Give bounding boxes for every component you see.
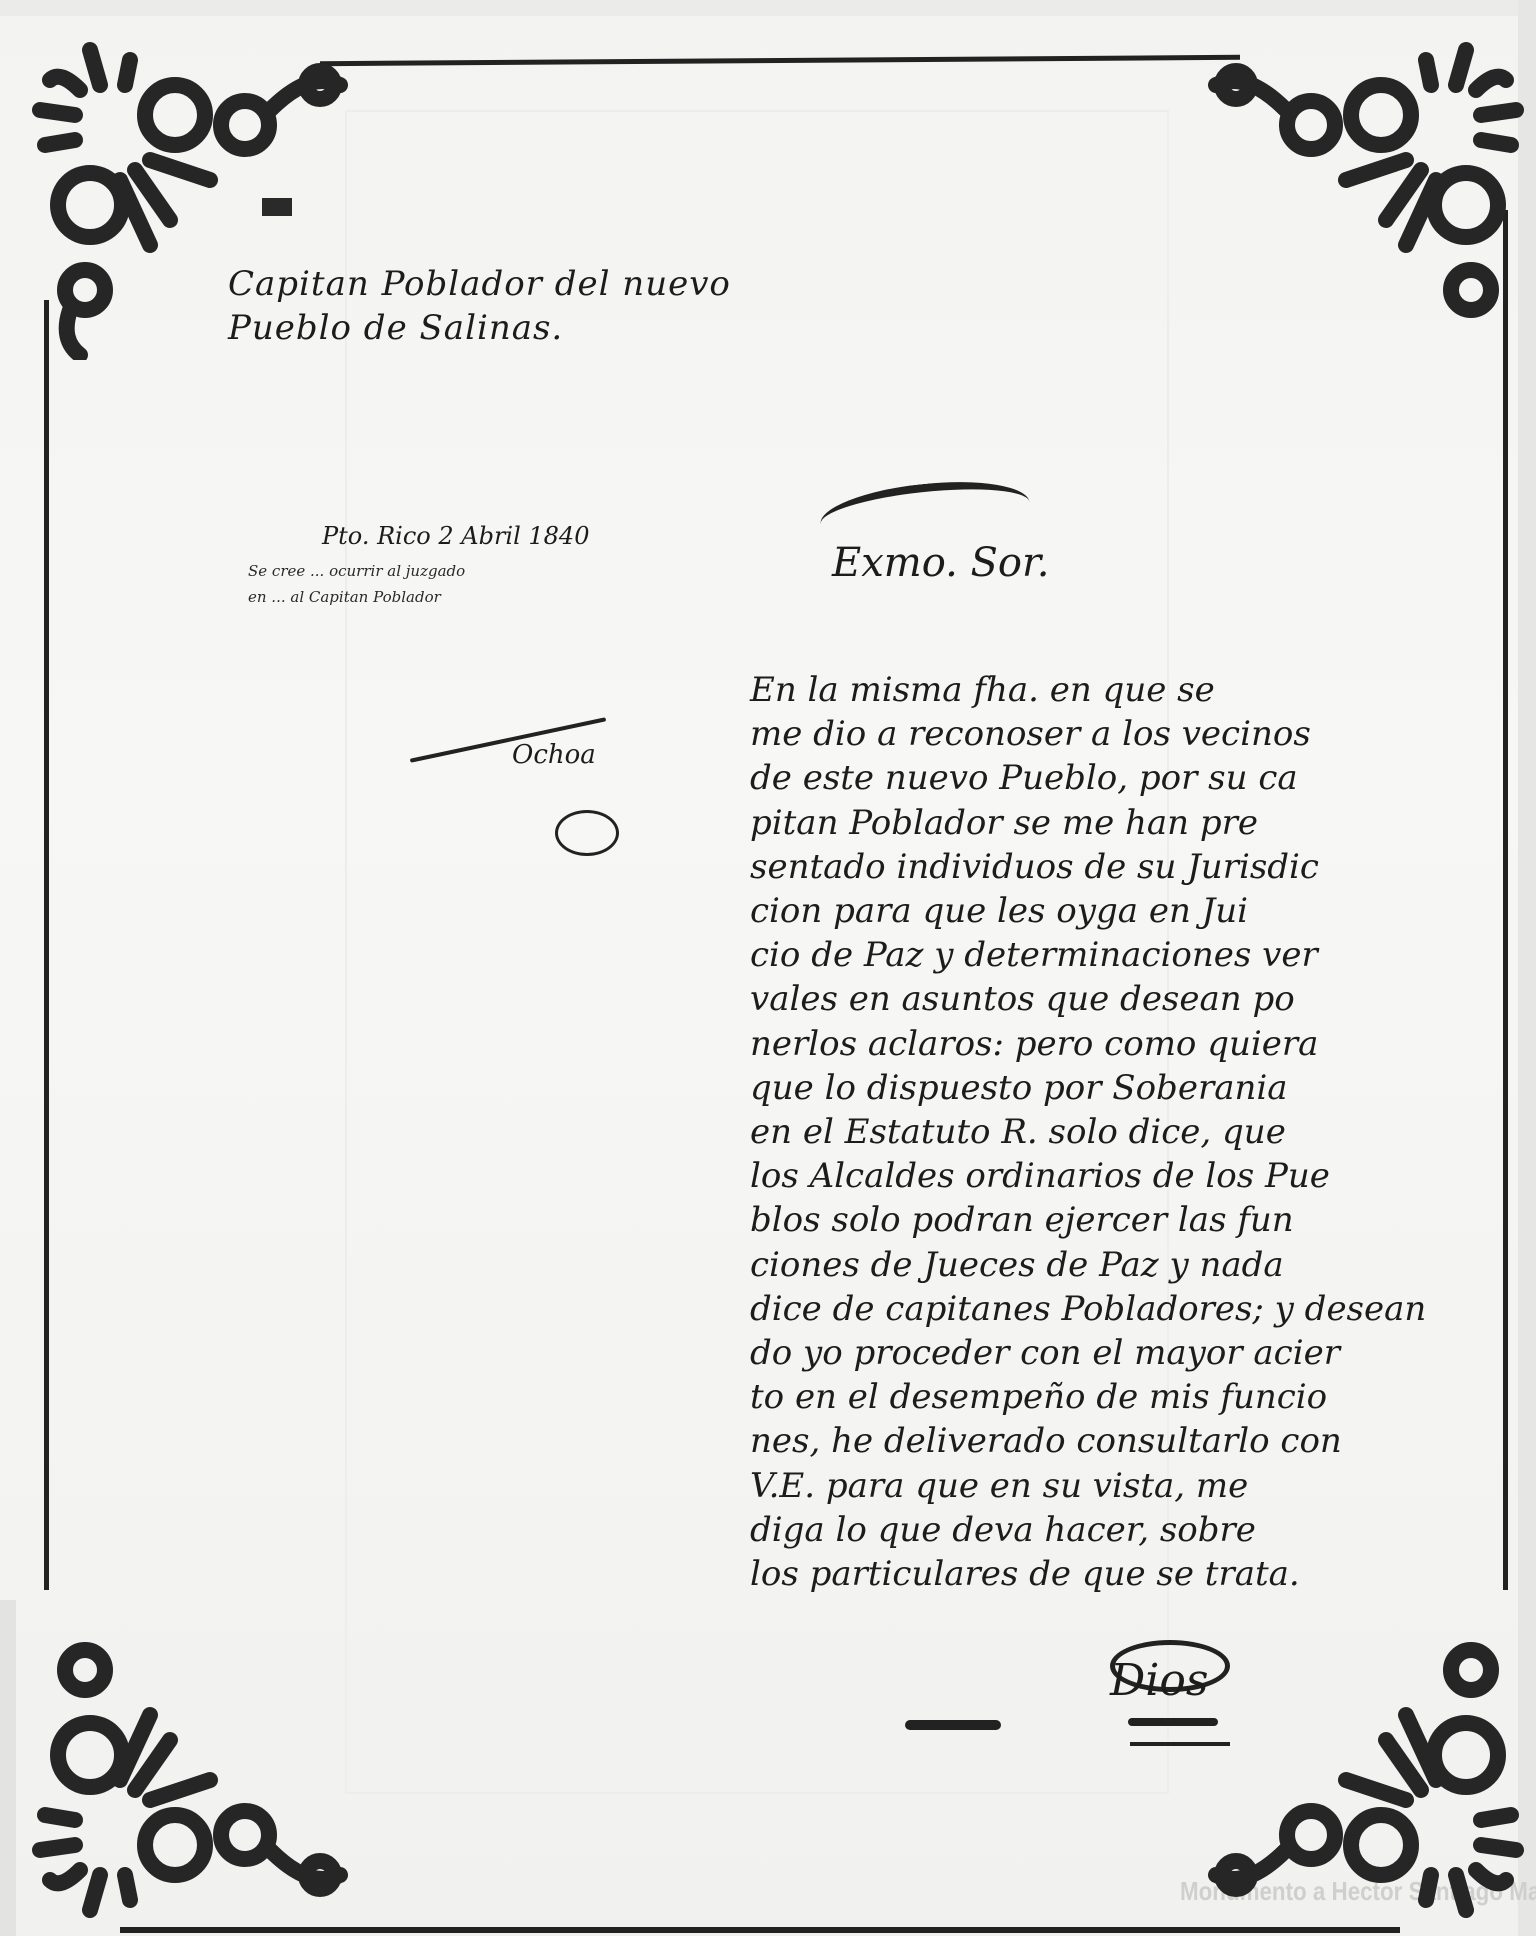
scroll-ornament-icon bbox=[1206, 1600, 1536, 1930]
body-line: que lo dispuesto por Soberania bbox=[750, 1066, 1290, 1110]
body-line: V.E. para que en su vista, me bbox=[750, 1464, 1290, 1508]
body-line: los particulares de que se trata. bbox=[750, 1552, 1290, 1596]
addressee-line-1: Capitan Poblador del nuevo bbox=[228, 264, 731, 304]
body-line: ciones de Jueces de Paz y nada bbox=[750, 1243, 1290, 1287]
body-line: me dio a reconoser a los vecinos bbox=[750, 712, 1290, 756]
pen-flourish bbox=[905, 1720, 1001, 1730]
body-line: de este nuevo Pueblo, por su ca bbox=[750, 756, 1290, 800]
corner-ornament-bottom-left-icon bbox=[20, 1600, 350, 1930]
margin-date: Pto. Rico 2 Abril 1840 bbox=[322, 522, 589, 550]
body-line: sentado individuos de su Jurisdic bbox=[750, 845, 1290, 889]
body-line: vales en asuntos que desean po bbox=[750, 977, 1290, 1021]
margin-note-line-1: Se cree ... ocurrir al juzgado bbox=[248, 562, 465, 580]
body-line: En la misma fha. en que se bbox=[750, 668, 1290, 712]
corner-ornament-bottom-right-icon bbox=[1206, 1600, 1536, 1930]
scroll-ornament-icon bbox=[20, 1600, 350, 1930]
body-line: los Alcaldes ordinarios de los Pue bbox=[750, 1154, 1290, 1198]
letter-body: En la misma fha. en que se me dio a reco… bbox=[750, 668, 1290, 1596]
addressee-line-2: Pueblo de Salinas. bbox=[228, 308, 563, 348]
body-line: nes, he deliverado consultarlo con bbox=[750, 1419, 1290, 1463]
rubric-flourish-icon bbox=[555, 810, 619, 856]
body-line: cio de Paz y determinaciones ver bbox=[750, 933, 1290, 977]
scan-edge-left bbox=[0, 1600, 16, 1936]
salutation: Exmo. Sor. bbox=[832, 540, 1049, 586]
margin-note-line-2: en ... al Capitan Poblador bbox=[248, 588, 441, 606]
pen-flourish bbox=[1130, 1742, 1230, 1746]
scroll-ornament-icon bbox=[1206, 30, 1536, 360]
body-line: en el Estatuto R. solo dice, que bbox=[750, 1110, 1290, 1154]
frame-line-right bbox=[1503, 210, 1508, 1590]
body-line: cion para que les oyga en Jui bbox=[750, 889, 1290, 933]
body-line: nerlos aclaros: pero como quiera bbox=[750, 1022, 1290, 1066]
ink-smudge bbox=[262, 198, 292, 216]
body-line: do yo proceder con el mayor acier bbox=[750, 1331, 1290, 1375]
margin-signature: Ochoa bbox=[512, 740, 596, 770]
body-line: pitan Poblador se me han pre bbox=[750, 801, 1290, 845]
frame-line-left bbox=[44, 300, 49, 1590]
scan-edge-top bbox=[0, 0, 1536, 16]
closing-word: Dios bbox=[1110, 1655, 1208, 1706]
body-line: dice de capitanes Pobladores; y desean bbox=[750, 1287, 1290, 1331]
corner-ornament-top-right-icon bbox=[1206, 30, 1536, 360]
body-line: diga lo que deva hacer, sobre bbox=[750, 1508, 1290, 1552]
body-line: blos solo podran ejercer las fun bbox=[750, 1198, 1290, 1242]
pen-flourish bbox=[1128, 1718, 1218, 1726]
body-line: to en el desempeño de mis funcio bbox=[750, 1375, 1290, 1419]
